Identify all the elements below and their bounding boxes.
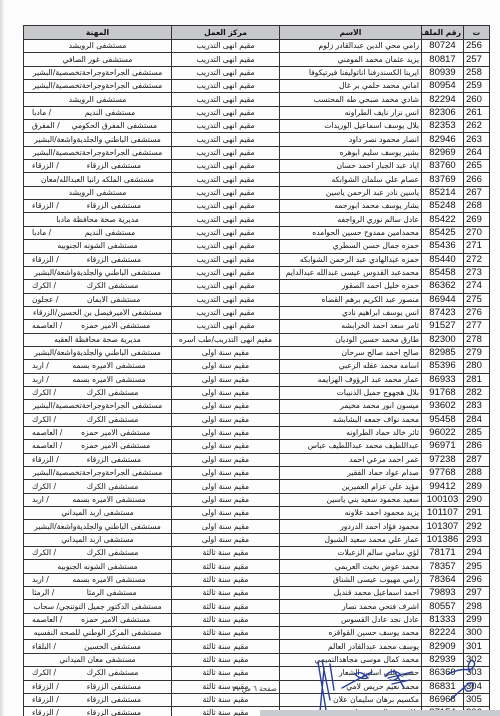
table-row: 26282353بلال يوسف اسماعيل الوريداتمقيم ا… [24,120,490,133]
profession-cell: مستشفى الجراحةوجراحةتخصصية/البشير [24,80,172,93]
row-number: 269 [464,213,490,226]
table-row: 29880557اشرف فتحي محمد نصارمقيم سنة ثالث… [24,600,490,613]
page-number: صفحة ٦ من ٢١ [232,685,277,693]
work-center: مقيم سنة اولى [172,467,280,480]
employee-name: عادل نجد عادل القسوس [280,613,422,626]
row-number: 297 [464,587,490,600]
region: / المفرق [26,120,60,132]
row-number: 272 [464,253,490,266]
region: / العاصمه [26,440,62,452]
file-number: 85440 [422,253,464,266]
profession-cell: مستشفى الملكه رانيا العبدالله/معان [24,173,172,186]
file-number: 85248 [422,200,464,213]
row-number: 280 [464,360,490,373]
work-center: مقيم سنة اولى [172,400,280,413]
row-number: 276 [464,306,490,319]
region: / الزرقاء [26,200,59,212]
row-number: 289 [464,480,490,493]
profession-cell: مستشفى الباطني والجلديةواشعة/البشير [24,266,172,279]
employee-name: اشرف فتحي محمد نصار [280,600,422,613]
file-number: 85425 [422,226,464,239]
table-row: 27085425محمدامين ممدوح حسين الحوامدهمقيم… [24,226,490,239]
hospital: مستشفى الزرقاء [59,254,169,266]
header-num: ت [464,26,490,40]
profession-cell: مستشفى الجراحةوجراحةتخصصية/البشير [24,146,172,159]
employee-name: صالح احمد صالح سرحان [280,346,422,359]
row-number: 286 [464,440,490,453]
employee-name: بلال هجهوج جميل الذنيبات [280,386,422,399]
profession-cell: مستشفى الرويشد [24,186,172,199]
region: / اربد [26,494,49,506]
region: / الزرقاء [26,254,59,266]
work-center: مقيم سنة اولى [172,426,280,439]
employee-name: ياسين نادر عبد الرحمن ياسين [280,186,422,199]
work-center: مقيم انهى التدريب [172,186,280,199]
file-number: 85422 [422,213,464,226]
row-number: 293 [464,533,490,546]
work-center: مقيم سنة ثالثة [172,693,280,706]
table-row: 29981333عادل نجد عادل القسوسمقيم سنة ثال… [24,613,490,626]
row-number: 260 [464,93,490,106]
employee-name: عمار محمد عبد الرؤوف الهزايمه [280,373,422,386]
hospital: مستشفى المفرق الحكومي [60,120,169,132]
header-file-no: رقم الملف [422,26,464,40]
row-number: 265 [464,160,490,173]
hospital: مستشفى الكرك [56,481,169,493]
header-profession: المهنة [24,26,172,40]
file-number: 96022 [422,426,464,439]
employee-name: يزيد محمود احمد علاونه [280,507,422,520]
work-center: مقيم سنة ثالثة [172,640,280,653]
table-row: 29578357محمد عوض بخيت العريميمقيم سنة ثا… [24,560,490,573]
table-row: 26182306انس نزار نايف الطراونهمقيم انهى … [24,106,490,119]
file-number: 82224 [422,627,464,640]
profession-cell: مستشفى الشونه الجنوبيه [24,560,172,573]
employee-name: حمزه جمال حسن السطري [280,240,422,253]
table-row: 27486362حمزه خليل احمد الصقورمقيم انهى ا… [24,280,490,293]
profession-cell: مستشفى الباطني والجلديةواشعة/البشير [24,520,172,533]
row-number: 292 [464,520,490,533]
hospital: مستشفى الزرقاء [59,454,169,466]
file-number: 82909 [422,640,464,653]
row-number: 291 [464,507,490,520]
work-center: مقيم سنة ثالثة [172,667,280,680]
table-row: 27385458محمدعبد القدوس عيسى عبدالله عبدا… [24,266,490,279]
table-row: 27586944منصور عبد الكريم برهم القضاهمقيم… [24,293,490,306]
employee-name: بشير يوسف سليم ابوهره [280,146,422,159]
file-number: 83769 [422,173,464,186]
work-center: مقيم انهى التدريب [172,66,280,79]
work-center: مقيم سنة اولى [172,507,280,520]
profession-cell: مستشفى المركز الوطني للصحه النفسيه [24,627,172,640]
row-number: 281 [464,373,490,386]
table-row: 29478171لؤي سامي سالم الزعبلاتمقيم سنة ث… [24,547,490,560]
profession-cell: مستشفى الاميره بسمه/ اربد [24,573,172,586]
table-row: 25880939ايرينا الكسندرفنا اناتوليفنا فير… [24,66,490,79]
employee-name: ميسون انور محمد مخيمر [280,400,422,413]
profession-cell: مستشفى الكرك/ الكرك [24,386,172,399]
profession-cell: مستشفى الزرقاء/ الزرقاء [24,693,172,706]
profession-cell: مستشفى اربد الميداني [24,507,172,520]
employee-name: بلال يوسف اسماعيل الوريدات [280,120,422,133]
profession-cell: مديرية صحة محافظة مادبا [24,213,172,226]
profession-cell: مستشفى الكرك/ الكرك [24,667,172,680]
hospital: مستشفى الاميره بسمه [49,374,169,386]
profession-cell: مستشفى الزرقاء/ الزرقاء [24,200,172,213]
work-center: مقيم انهى التدريب [172,40,280,53]
profession-cell: مستشفى الكرك/ الكرك [24,547,172,560]
row-number: 296 [464,573,490,586]
table-row: 26382946انصار محمود نصر داودمقيم انهى ال… [24,133,490,146]
row-number: 285 [464,426,490,439]
file-number: 80954 [422,80,464,93]
file-number: 80817 [422,53,464,66]
file-number: 79893 [422,587,464,600]
region: / البلقاء [26,641,56,653]
work-center: مقيم سنة ثالثة [172,613,280,626]
work-center: مقيم انهى التدريب [172,266,280,279]
file-number: 85458 [422,266,464,279]
work-center: مقيم انهى التدريب [172,200,280,213]
region: / العاصمه [26,320,62,332]
work-center: مقيم سنة ثالثة [172,600,280,613]
region: / مادبا [26,227,51,239]
table-row: 27687423انس يوسف ابراهيم ناديمقيم انهى ا… [24,306,490,319]
work-center: مقيم انهى التدريب [172,160,280,173]
region: / الزرقاء [26,160,59,172]
employee-name: مؤيد علي عزام العميرين [280,480,422,493]
file-number: 78364 [422,573,464,586]
table-row: 29779893احمد اسماعيل محمد قنديلمقيم سنة … [24,587,490,600]
row-number: 264 [464,146,490,159]
hospital: مستشفى الامير حمزه [62,440,169,452]
file-number: 97238 [422,453,464,466]
hospital: مستشفى النديم [51,107,169,119]
region: / مادبا [26,107,51,119]
row-number: 262 [464,120,490,133]
file-number: 82985 [422,346,464,359]
row-number: 288 [464,467,490,480]
employee-name: عمر احمد مرعي احمد [280,453,422,466]
work-center: مقيم انهى التدريب [172,253,280,266]
hospital: مستشفى الرمثا [54,587,169,599]
profession-cell: مستشفى الجراحةوجراحةتخصصية/البشير [24,400,172,413]
file-number: 82969 [422,146,464,159]
work-center: مقيم سنة ثالثة [172,560,280,573]
employee-name: صدام عواد حماد الفقير [280,467,422,480]
row-number: 270 [464,226,490,239]
employee-name: شادي محمد صبحي طه المحتسب [280,93,422,106]
work-center: مقيم سنة اولى [172,386,280,399]
work-center: مقيم سنة ثالثة [172,587,280,600]
row-number: 299 [464,613,490,626]
table-row: 26482969بشير يوسف سليم ابوهرهمقيم انهى ا… [24,146,490,159]
table-row: 28696971عبداللطيف محمد عبداللطيف عباسمقي… [24,440,490,453]
region: / الكرك [26,414,56,426]
hospital: مستشفى الكرك [56,387,169,399]
row-number: 273 [464,266,490,279]
region: / الكرك [26,667,56,679]
region: / الكرك [26,481,56,493]
employee-name: محمد نواف جمعه البشابشه [280,413,422,426]
employee-name: ثائر خالد حماد الطراونه [280,426,422,439]
work-center: مقيم سنة اولى [172,520,280,533]
row-number: 298 [464,600,490,613]
file-number: 85214 [422,186,464,199]
file-number: 82306 [422,106,464,119]
work-center: مقيم انهى التدريب [172,173,280,186]
work-center: مقيم سنة اولى [172,440,280,453]
work-center: مقيم انهى التدريب [172,306,280,319]
employee-name: محمد عوض بخيت العريمي [280,560,422,573]
hospital: مستشفى الايمان [58,294,169,306]
employee-name: حمزه عبدالهادي عبد الرحمن الشوابكه [280,253,422,266]
hospital: مستشفى النديم [51,227,169,239]
row-number: 258 [464,66,490,79]
profession-cell: مستشفى الامير حمزه/ العاصمه [24,320,172,333]
file-number: 83760 [422,160,464,173]
table-row: 28897768صدام عواد حماد الفقيرمقيم سنة او… [24,467,490,480]
employee-name: انس يوسف ابراهيم نادي [280,306,422,319]
file-number: 101386 [422,533,464,546]
work-center: مقيم انهى التدريب [172,53,280,66]
table-row: 30082224محمد يوسف حسين القواقزهمقيم سنة … [24,627,490,640]
employee-name: طارق محمد حسين الوديان [280,333,422,346]
file-number: 96971 [422,440,464,453]
work-center: مقيم انهى التدريب [172,93,280,106]
row-number: 267 [464,186,490,199]
employee-name: احمد اسماعيل محمد قنديل [280,587,422,600]
table-row: 25780817يزيد عثمان محمد المومنيمقيم انهى… [24,53,490,66]
work-center: مقيم سنة ثالثة [172,627,280,640]
table-row: 291101107يزيد محمود احمد علاونهمقيم سنة … [24,507,490,520]
hospital: مستشفى الامير حمزه [62,614,169,626]
work-center: مقيم سنة اولى [172,360,280,373]
row-number: 282 [464,386,490,399]
work-center: مقيم انهى التدريب [172,320,280,333]
employee-name: انس نزار نايف الطراونه [280,106,422,119]
profession-cell: مستشفى الزرقاء/ الزرقاء [24,680,172,693]
file-number: 82353 [422,120,464,133]
hospital: مستشفى الامير حمزه [62,320,169,332]
employee-name: محمدعبد القدوس عيسى عبدالله عبدالدايم [280,266,422,279]
work-center: مقيم سنة اولى [172,453,280,466]
file-number: 97768 [422,467,464,480]
work-center: مقيم انهى التدريب [172,106,280,119]
file-number: 78357 [422,560,464,573]
work-center: مقيم انهى التدريب [172,226,280,239]
profession-cell: مستشفى الجراحةوجراحةتخصصية/البشير [24,66,172,79]
row-number: 294 [464,547,490,560]
row-number: 287 [464,453,490,466]
profession-cell: مستشفى الكرك/ الكرك [24,280,172,293]
profession-cell: مستشفى الامير حمزه/ العاصمه [24,613,172,626]
table-header-row: ت رقم الملف الاسم مركز العمل المهنة [24,26,490,40]
employee-table: ت رقم الملف الاسم مركز العمل المهنة 2568… [23,25,490,716]
employee-name: ايرينا الكسندرفنا اناتوليفنا فيرتيكوفا [280,66,422,79]
employee-name: لؤي سامي سالم الزعبلات [280,547,422,560]
hospital: مستشفى الزرقاء [59,681,169,693]
employee-name: يوسف محمد عبدالقادر العالم [280,640,422,653]
employee-name: ثامر سعد احمد الخرابشه [280,320,422,333]
row-number: 256 [464,40,490,53]
table-row: 26785214ياسين نادر عبد الرحمن ياسينمقيم … [24,186,490,199]
profession-cell: مستشفى معان الميداني [24,653,172,666]
profession-cell: مستشفى الامير حمزه/ العاصمه [24,426,172,439]
profession-cell: مستشفى الرويشد [24,40,172,53]
profession-cell: مستشفى النديم/ مادبا [24,226,172,239]
file-number: 78171 [422,547,464,560]
file-number: 80557 [422,600,464,613]
header-work-center: مركز العمل [172,26,280,40]
file-number: 91768 [422,386,464,399]
file-number: 85436 [422,240,464,253]
signatures-icon [300,660,500,716]
work-center: مقيم سنة اولى [172,480,280,493]
table-row: 28596022ثائر خالد حماد الطراونهمقيم سنة … [24,426,490,439]
table-row: 25680724رامي محي الدين عبدالقادر زلوممقي… [24,40,490,53]
profession-cell: مستشفى الكرك/ الكرك [24,480,172,493]
employee-name: عمار علي محمد سعيد الشبول [280,533,422,546]
table-row: 27982985صالح احمد صالح سرحانمقيم سنة اول… [24,346,490,359]
row-number: 301 [464,640,490,653]
profession-cell: مستشفى الزرقاء/ الزرقاء [24,453,172,466]
table-row: 29678364رامي مهيوب عيسى الشناقمقيم سنة ث… [24,573,490,586]
employee-name: انصار محمود نصر داود [280,133,422,146]
employee-name: منصور عبد الكريم برهم القضاه [280,293,422,306]
file-number: 86362 [422,280,464,293]
work-center: مقيم سنة اولى [172,533,280,546]
row-number: 263 [464,133,490,146]
table-row: 26885248بشار يوسف محمد ابورحمهمقيم انهى … [24,200,490,213]
hospital: مستشفى الزرقاء [59,694,169,706]
profession-cell: مستشفى الزرقاء/ الزرقاء [24,160,172,173]
table-row: 25980954اماني محمد حلمي بر غالمقيم انهى … [24,80,490,93]
row-number: 261 [464,106,490,119]
work-center: مقيم انهى التدريب [172,80,280,93]
profession-cell: مستشفى الاميره بسمه/ اربد [24,360,172,373]
work-center: مقيم انهى التدريب [172,213,280,226]
table-row: 28495458محمد نواف جمعه البشابشهمقيم سنة … [24,413,490,426]
hospital: مستشفى الزرقاء [59,707,169,716]
employee-name: رامي مهيوب عيسى الشناق [280,573,422,586]
profession-cell: مديرية صحة محافظة العقبه [24,333,172,346]
hospital: مستشفى الزرقاء [59,200,169,212]
file-number: 82300 [422,333,464,346]
table-row: 27185436حمزه جمال حسن السطريمقيم انهى ال… [24,240,490,253]
file-number: 81333 [422,613,464,626]
work-center: مقيم انهى التدريب [172,146,280,159]
profession-cell: مستشفى الامير حمزه/ العاصمه [24,440,172,453]
row-number: 295 [464,560,490,573]
region: / اربد [26,574,49,586]
table-row: 28085396اسامه محمد عقله الزعبيمقيم سنة ا… [24,360,490,373]
work-center: مقيم سنة اولى [172,413,280,426]
employee-name: عادل سالم نوري الرواجفه [280,213,422,226]
profession-cell: مستشفى الرويشد [24,93,172,106]
region: / اربد [26,374,49,386]
row-number: 283 [464,400,490,413]
employee-name: محمد يوسف حسين القواقزه [280,627,422,640]
region: / الزرقاء [26,707,59,716]
file-number: 101107 [422,507,464,520]
employee-name: اماني محمد حلمي بر غال [280,80,422,93]
row-number: 279 [464,346,490,359]
row-number: 268 [464,200,490,213]
table-row: 28186933عمار محمد عبد الرؤوف الهزايمهمقي… [24,373,490,386]
file-number: 91527 [422,320,464,333]
profession-cell: مستشفى الرمثا/ الرمثا [24,587,172,600]
work-center: مقيم سنة اولى [172,346,280,359]
row-number: 274 [464,280,490,293]
employee-name: عبداللطيف محمد عبداللطيف عباس [280,440,422,453]
hospital: مستشفى الاميره بسمه [49,360,169,372]
region: / الزرقاء [26,681,59,693]
employee-name: محمود فؤاد احمد الدردور [280,520,422,533]
region: / الكرك [26,387,56,399]
table-row: 28797238عمر احمد مرعي احمدمقيم سنة اولىم… [24,453,490,466]
work-center: مقيم سنة ثالثة [172,547,280,560]
table-row: 28999412مؤيد علي عزام العميرينمقيم سنة ا… [24,480,490,493]
file-number: 87423 [422,306,464,319]
profession-cell: مستشفى الباطني والجلديةواشعة/البشير [24,346,172,359]
region: / الكرك [26,547,56,559]
table-row: 293101386عمار علي محمد سعيد الشبولمقيم س… [24,533,490,546]
profession-cell: مستشفى المفرق الحكومي/ المفرق [24,120,172,133]
file-number: 80939 [422,66,464,79]
hospital: مستشفى الاميره بسمه [49,574,169,586]
hospital: مستشفى الامير حمزه [62,427,169,439]
region: / اربد [26,360,49,372]
region: / الكرك [26,280,56,292]
hospital: مستشفى الزرقاء [59,160,169,172]
profession-cell: مستشفى الكرك/ الكرك [24,413,172,426]
file-number: 99412 [422,480,464,493]
region: / العاصمه [26,614,62,626]
employee-name: بشار يوسف محمد ابورحمه [280,200,422,213]
row-number: 284 [464,413,490,426]
table-row: 26683769عصام علي سلمان الشوابكهمقيم انهى… [24,173,490,186]
profession-cell: مستشفى الزرقاء/ الزرقاء [24,707,172,716]
table-row: 26082294شادي محمد صبحي طه المحتسبمقيم ان… [24,93,490,106]
work-center: مقيم انهى التدريب [172,280,280,293]
row-number: 300 [464,627,490,640]
table-row: 27285440حمزه عبدالهادي عبد الرحمن الشواب… [24,253,490,266]
table-row: 27791527ثامر سعد احمد الخرابشهمقيم انهى … [24,320,490,333]
region: / عجلون [26,294,58,306]
profession-cell: مستشفى الشونه الجنوبيه [24,240,172,253]
table-row: 28393602ميسون انور محمد مخيمرمقيم سنة او… [24,400,490,413]
row-number: 266 [464,173,490,186]
file-number: 82946 [422,133,464,146]
table-row: 290100103سعيد محمود سعيد بني ياسينمقيم س… [24,493,490,506]
employee-name: محمدامين ممدوح حسين الحوامده [280,226,422,239]
file-number: 86933 [422,373,464,386]
work-center: مقيم سنة ثالثة [172,653,280,666]
employee-name: رامي محي الدين عبدالقادر زلوم [280,40,422,53]
profession-cell: مستشفى الاميره بسمه/ اربد [24,373,172,386]
work-center: مقيم سنة ثالثة [172,573,280,586]
row-number: 271 [464,240,490,253]
table-row: 27882300طارق محمد حسين الوديانمقيم انهى … [24,333,490,346]
profession-cell: مستشفى الزرقاء/ الزرقاء [24,253,172,266]
work-center: مقيم انهى التدريب [172,293,280,306]
profession-cell: مستشفى اربد الميداني [24,533,172,546]
table-row: 30182909يوسف محمد عبدالقادر العالممقيم س… [24,640,490,653]
profession-cell: مستشفى الاميرفيصل بن الحسين/الزرقاء [24,306,172,319]
row-number: 259 [464,80,490,93]
profession-cell: مستشفى الحسين/ البلقاء [24,640,172,653]
